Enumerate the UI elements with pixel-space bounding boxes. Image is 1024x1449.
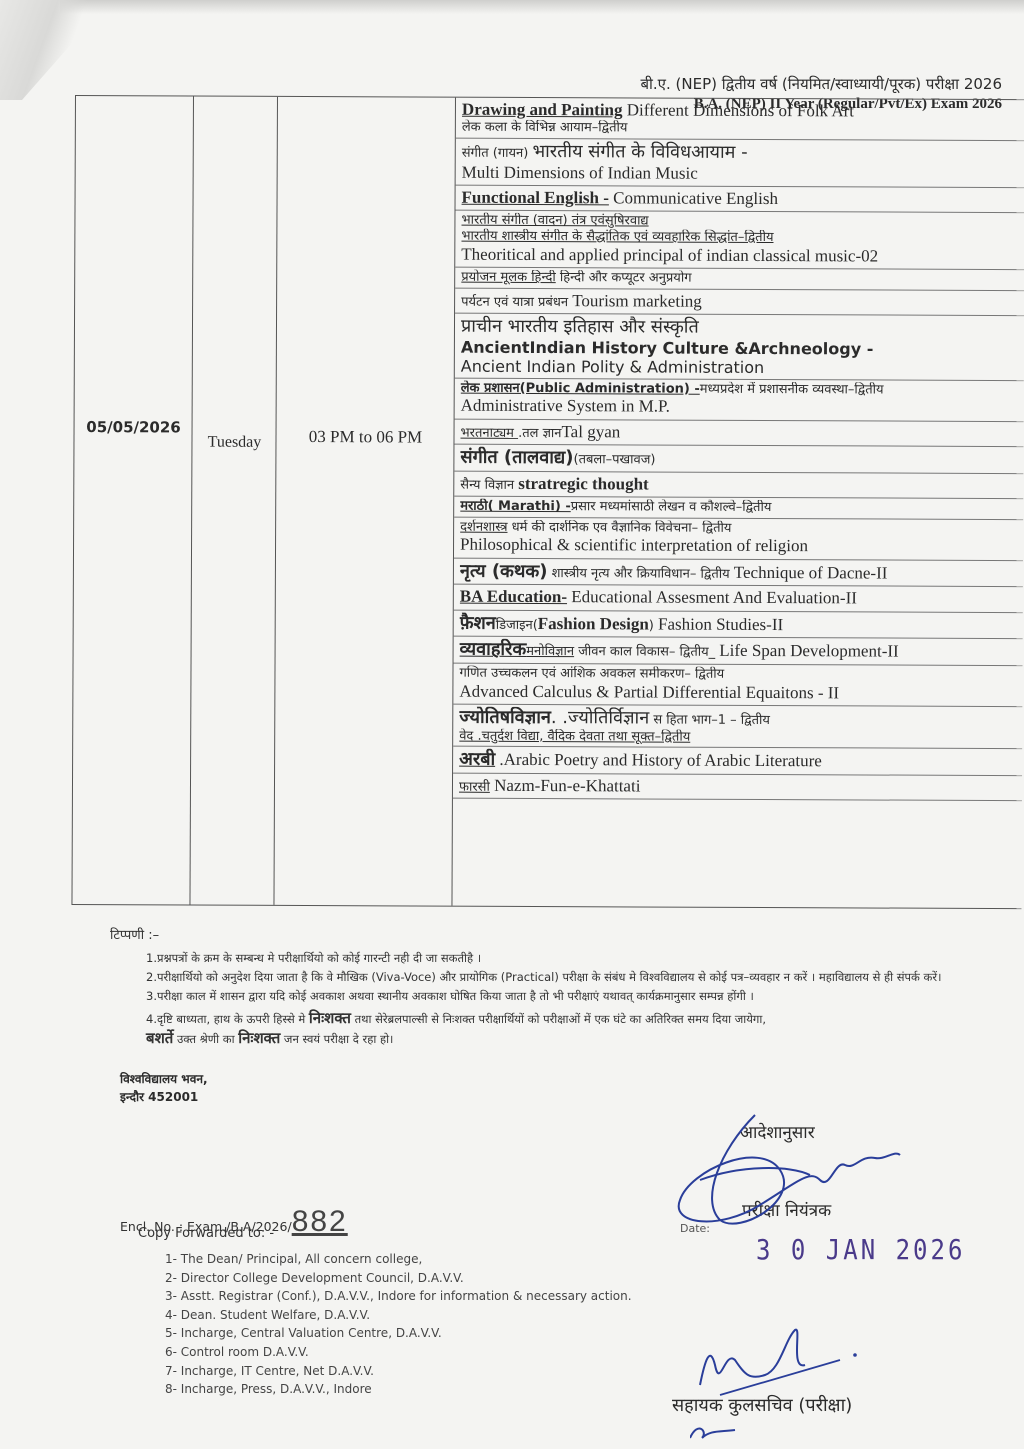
recipient-item: 4- Dean. Student Welfare, D.A.V.V. (165, 1306, 632, 1325)
subject-line: Functional English - Communicative Engli… (462, 188, 1019, 211)
address-line: विश्वविद्यालय भवन, (120, 1070, 208, 1088)
scan-shadow (60, 0, 1024, 14)
subject-line: भरतनाट्यम .तल ज्ञानTal gyan (460, 422, 1017, 445)
note-text: 4.दृष्टि बाध्यता, हाथ के ऊपरी हिस्से मे (146, 1012, 309, 1026)
subject-row: BA Education- Educational Assesment And … (454, 585, 1023, 613)
time-column: 03 PM to 06 PM (273, 97, 456, 906)
subject-row: प्रयोजन मूलक हिन्दी हिन्दी और कप्यूटर अन… (455, 268, 1024, 291)
subject-text: संगीत (तालवाद्य) (460, 447, 573, 468)
subjects-column: Drawing and Painting Different Dimension… (451, 98, 1024, 908)
address-line: इन्दौर 452001 (120, 1088, 208, 1106)
subject-row: नृत्य (कथक) शास्त्रीय नृत्य और क्रियाविध… (454, 558, 1023, 587)
subject-text: Educational Assesment And Evaluation-II (567, 588, 857, 608)
recipient-item: 1- The Dean/ Principal, All concern coll… (165, 1250, 632, 1269)
subject-text: Administrative System in M.P. (461, 396, 670, 416)
subject-line: फ़ैशनडिजाइन(Fashion Design) Fashion Stud… (460, 612, 1017, 636)
subject-text: Theoritical and applied principal of ind… (461, 244, 878, 265)
subject-row: ज्योतिषविज्ञान. .ज्योतिर्विज्ञान स हिता … (453, 705, 1022, 750)
subject-text: फारसी (459, 779, 490, 794)
university-address: विश्वविद्यालय भवन, इन्दौर 452001 (120, 1070, 208, 1106)
note-emphasis: निःशक्त (238, 1029, 280, 1047)
subject-text: Technique of Dacne-II (734, 563, 888, 583)
subject-row: गणित उच्चकलन एवं आंशिक अवकल समीकरण– द्वि… (453, 664, 1022, 707)
note-text: जन स्वयं परीक्षा दे रहा हो। (280, 1032, 393, 1046)
note-emphasis: निःशक्त (309, 1009, 351, 1027)
subject-line: प्रयोजन मूलक हिन्दी हिन्दी और कप्यूटर अन… (461, 270, 1018, 288)
subject-text: (तबला–पखावज) (573, 452, 655, 467)
subject-line: Multi Dimensions of Indian Music (462, 162, 1019, 185)
subject-line: लेक कला के विभिन्न आयाम–द्वितीय (462, 120, 1019, 138)
note-item: 1.प्रश्नपत्रों के क्रम के सम्बन्ध मे परी… (110, 951, 990, 966)
exam-day: Tuesday (192, 434, 276, 452)
subject-row: व्यवाहरिकमनोविज्ञान जीवन काल विकास– द्वि… (454, 637, 1023, 666)
assistant-registrar-designation: सहायक कुलसचिव (परीक्षा) (672, 1393, 852, 1417)
recipient-item: 7- Incharge, IT Centre, Net D.A.V.V. (165, 1362, 632, 1381)
enclosure-handwritten-number: 882 (292, 1205, 348, 1238)
subject-row: भारतीय संगीत (वादन) तंत्र एवंसुषिरवाद्यभ… (455, 211, 1024, 270)
subject-row: संगीत (गायन) भारतीय संगीत के विविधआयाम -… (456, 139, 1024, 188)
note-emphasis: बशर्ते (146, 1029, 173, 1047)
subject-text: Different Dimensions of Folk Art (622, 100, 854, 120)
subject-line: AncientIndian History Culture &Archneolo… (461, 337, 1018, 359)
subject-text: स हिता भाग–1 – द्वितीय (649, 712, 770, 728)
subject-text: Functional English - (462, 188, 609, 208)
note-item-4: 4.दृष्टि बाध्यता, हाथ के ऊपरी हिस्से मे … (110, 1008, 990, 1048)
subject-row: प्राचीन भारतीय इतिहास और संस्कृतिAncient… (455, 314, 1024, 381)
subject-line: Theoritical and applied principal of ind… (461, 244, 1018, 267)
subject-text: जीवन काल विकास– द्वितीय_ (574, 645, 719, 661)
subject-text: लेक प्रशासन(Public Administration) - (461, 381, 700, 397)
subject-line: व्यवाहरिकमनोविज्ञान जीवन काल विकास– द्वि… (460, 639, 1017, 663)
subject-row: Functional English - Communicative Engli… (455, 186, 1024, 214)
subject-text: अरबी (459, 749, 495, 770)
subject-row: अरबी .Arabic Poetry and History of Arabi… (453, 747, 1022, 776)
subject-line: Philosophical & scientific interpretatio… (460, 535, 1017, 558)
subject-text: संगीत (गायन) (462, 146, 533, 161)
subject-line: ज्योतिषविज्ञान. .ज्योतिर्विज्ञान स हिता … (459, 707, 1016, 731)
subject-text: पर्यटन एवं यात्रा प्रबंधन (461, 294, 572, 309)
subject-text: नृत्य (कथक) (460, 561, 548, 582)
recipient-item: 5- Incharge, Central Valuation Centre, D… (165, 1324, 632, 1343)
subject-text: . .ज्योतिर्विज्ञान (551, 707, 649, 728)
note-item: 3.परीक्षा काल में शासन द्वारा यदि कोई अव… (110, 989, 990, 1004)
subject-row: पर्यटन एवं यात्रा प्रबंधन Tourism market… (455, 288, 1024, 316)
subject-row: Drawing and Painting Different Dimension… (456, 98, 1024, 141)
subject-line: सैन्य विज्ञान stratregic thought (460, 474, 1017, 497)
subject-text: वेद .चतुर्दश विद्या, वैदिक देवता तथा सूक… (459, 728, 690, 744)
subject-text: प्राचीन भारतीय इतिहास और संस्कृति (461, 316, 699, 338)
subject-row: दर्शनशास्त्र धर्म की दार्शनिक एव वैज्ञान… (454, 518, 1023, 561)
order-text: आदेशानुसार (740, 1120, 815, 1143)
subject-text: भारतीय संगीत के विविधआयाम - (532, 141, 747, 163)
date-column: 05/05/2026 (71, 96, 194, 905)
recipient-item: 6- Control room D.A.V.V. (165, 1343, 632, 1362)
subject-text: दर्शनशास्त्र (460, 520, 507, 535)
subject-line: वेद .चतुर्दश विद्या, वैदिक देवता तथा सूक… (459, 728, 1016, 746)
subject-line: BA Education- Educational Assesment And … (460, 587, 1017, 610)
subject-text: Drawing and Painting (462, 100, 623, 120)
recipient-item: 8- Incharge, Press, D.A.V.V., Indore (165, 1380, 632, 1399)
subject-text: Fashion Studies-II (658, 614, 783, 634)
signature-assistant-icon (690, 1320, 870, 1445)
subject-text: मनोविज्ञान (526, 644, 574, 659)
subject-text: धर्म की दार्शनिक एव वैज्ञानिक विवेचना– द… (507, 520, 731, 536)
recipient-item: 3- Asstt. Registrar (Conf.), D.A.V.V., I… (165, 1287, 632, 1306)
subject-line: प्राचीन भारतीय इतिहास और संस्कृति (461, 316, 1018, 340)
exam-schedule-table: 05/05/2026 Tuesday 03 PM to 06 PM Drawin… (71, 95, 1024, 909)
subject-text: BA Education- (460, 587, 567, 606)
subject-text: प्रयोजन मूलक हिन्दी (461, 270, 556, 285)
subject-text: stratregic thought (518, 474, 649, 494)
controller-designation: परीक्षा नियंत्रक (742, 1198, 831, 1221)
subject-text: Communicative English (609, 188, 778, 208)
subject-line: संगीत (तालवाद्य)(तबला–पखावज) (460, 447, 1017, 471)
subject-text: शास्त्रीय नृत्य और क्रियाविधान– द्वितीय (547, 566, 733, 582)
exam-time: 03 PM to 06 PM (276, 427, 454, 448)
subject-line: अरबी .Arabic Poetry and History of Arabi… (459, 749, 1016, 773)
subject-row: फारसी Nazm-Fun-e-Khattati (453, 773, 1022, 801)
subject-text: भरतनाट्यम (460, 426, 518, 441)
subject-text: भारतीय संगीत (वादन) तंत्र एवंसुषिरवाद्य (461, 213, 648, 229)
folded-page-corner (0, 0, 110, 100)
subject-text: Ancient Indian Polity & Administration (461, 356, 764, 376)
subject-text: डिजाइन( (496, 618, 538, 633)
subject-text: Tal gyan (561, 422, 620, 441)
subject-text: ज्योतिषविज्ञान (459, 707, 551, 728)
recipient-item: 2- Director College Development Council,… (165, 1269, 632, 1288)
subject-text: हिन्दी और कप्यूटर अनुप्रयोग (556, 270, 692, 286)
subject-row: मराठी( Marathi) -प्रसार मध्यमांसाठी लेखन… (454, 497, 1023, 520)
subject-line: मराठी( Marathi) -प्रसार मध्यमांसाठी लेखन… (460, 499, 1017, 517)
notes-title: टिप्पणी :– (110, 925, 990, 943)
subject-text: Philosophical & scientific interpretatio… (460, 535, 808, 556)
subject-text: Nazm-Fun-e-Khattati (490, 776, 641, 796)
day-column: Tuesday (189, 97, 278, 905)
note-item: 2.परीक्षार्थियो को अनुदेश दिया जाता है क… (110, 970, 990, 985)
subject-text: व्यवाहरिक (460, 639, 527, 660)
note-text: उक्त श्रेणी का (173, 1032, 238, 1046)
subject-line: Drawing and Painting Different Dimension… (462, 100, 1019, 123)
exam-date: 05/05/2026 (75, 418, 193, 437)
notes-section: टिप्पणी :– 1.प्रश्नपत्रों के क्रम के सम्… (110, 925, 990, 1052)
subject-text: सैन्य विज्ञान (460, 478, 518, 493)
copy-forwarded-label: Copy Forwarded to: - (138, 1226, 274, 1241)
subject-text: .Arabic Poetry and History of Arabic Lit… (495, 750, 822, 770)
subject-line: फारसी Nazm-Fun-e-Khattati (459, 775, 1016, 798)
subject-text: फ़ैशन (460, 612, 496, 633)
recipient-list: 1- The Dean/ Principal, All concern coll… (165, 1250, 632, 1399)
subject-text: Life Span Development-II (719, 641, 898, 661)
subject-row: फ़ैशनडिजाइन(Fashion Design) Fashion Stud… (454, 610, 1023, 639)
subject-line: संगीत (गायन) भारतीय संगीत के विविधआयाम - (462, 141, 1019, 165)
subject-text: AncientIndian History Culture &Archneolo… (461, 337, 874, 358)
subject-row: लेक प्रशासन(Public Administration) -मध्य… (455, 379, 1024, 422)
subject-line: Ancient Indian Polity & Administration (461, 356, 1018, 378)
subject-text: .तल ज्ञान (518, 426, 561, 441)
title-hindi: बी.ए. (NEP) द्वितीय वर्ष (नियमित/स्वाध्य… (640, 74, 1002, 94)
subject-line: Administrative System in M.P. (461, 396, 1018, 419)
subject-line: Advanced Calculus & Partial Differential… (459, 681, 1016, 704)
subject-text: गणित उच्चकलन एवं आंशिक अवकल समीकरण– द्वि… (459, 666, 724, 682)
subject-line: पर्यटन एवं यात्रा प्रबंधन Tourism market… (461, 290, 1018, 313)
date-stamp: 3 0 JAN 2026 (756, 1234, 965, 1266)
date-label: Date: (680, 1222, 710, 1235)
subject-text: मध्यप्रदेश में प्रशासनीक व्यवस्था–द्विती… (700, 382, 884, 398)
subject-text: Fashion Design (538, 614, 649, 633)
subject-text: मराठी( Marathi) - (460, 499, 571, 514)
note-text: तथा सेरेब्रलपाल्सी से निःशक्त परीक्षार्थ… (351, 1012, 766, 1026)
subject-text: Advanced Calculus & Partial Differential… (459, 681, 839, 702)
subject-row: भरतनाट्यम .तल ज्ञानTal gyan (454, 420, 1023, 448)
subject-text: Tourism marketing (572, 291, 702, 311)
subject-list: Drawing and Painting Different Dimension… (453, 98, 1024, 802)
subject-text: प्रसार मध्यमांसाठी लेखन व कौशल्वे–द्विती… (571, 499, 772, 515)
subject-line: नृत्य (कथक) शास्त्रीय नृत्य और क्रियाविध… (460, 561, 1017, 585)
subject-text: लेक कला के विभिन्न आयाम–द्वितीय (462, 120, 628, 136)
subject-row: सैन्य विज्ञान stratregic thought (454, 472, 1023, 500)
subject-text: Multi Dimensions of Indian Music (462, 162, 698, 182)
subject-row: संगीत (तालवाद्य)(तबला–पखावज) (454, 445, 1023, 474)
subject-text: भारतीय शास्त्रीय संगीत के सैद्धांतिक एवं… (461, 229, 773, 245)
